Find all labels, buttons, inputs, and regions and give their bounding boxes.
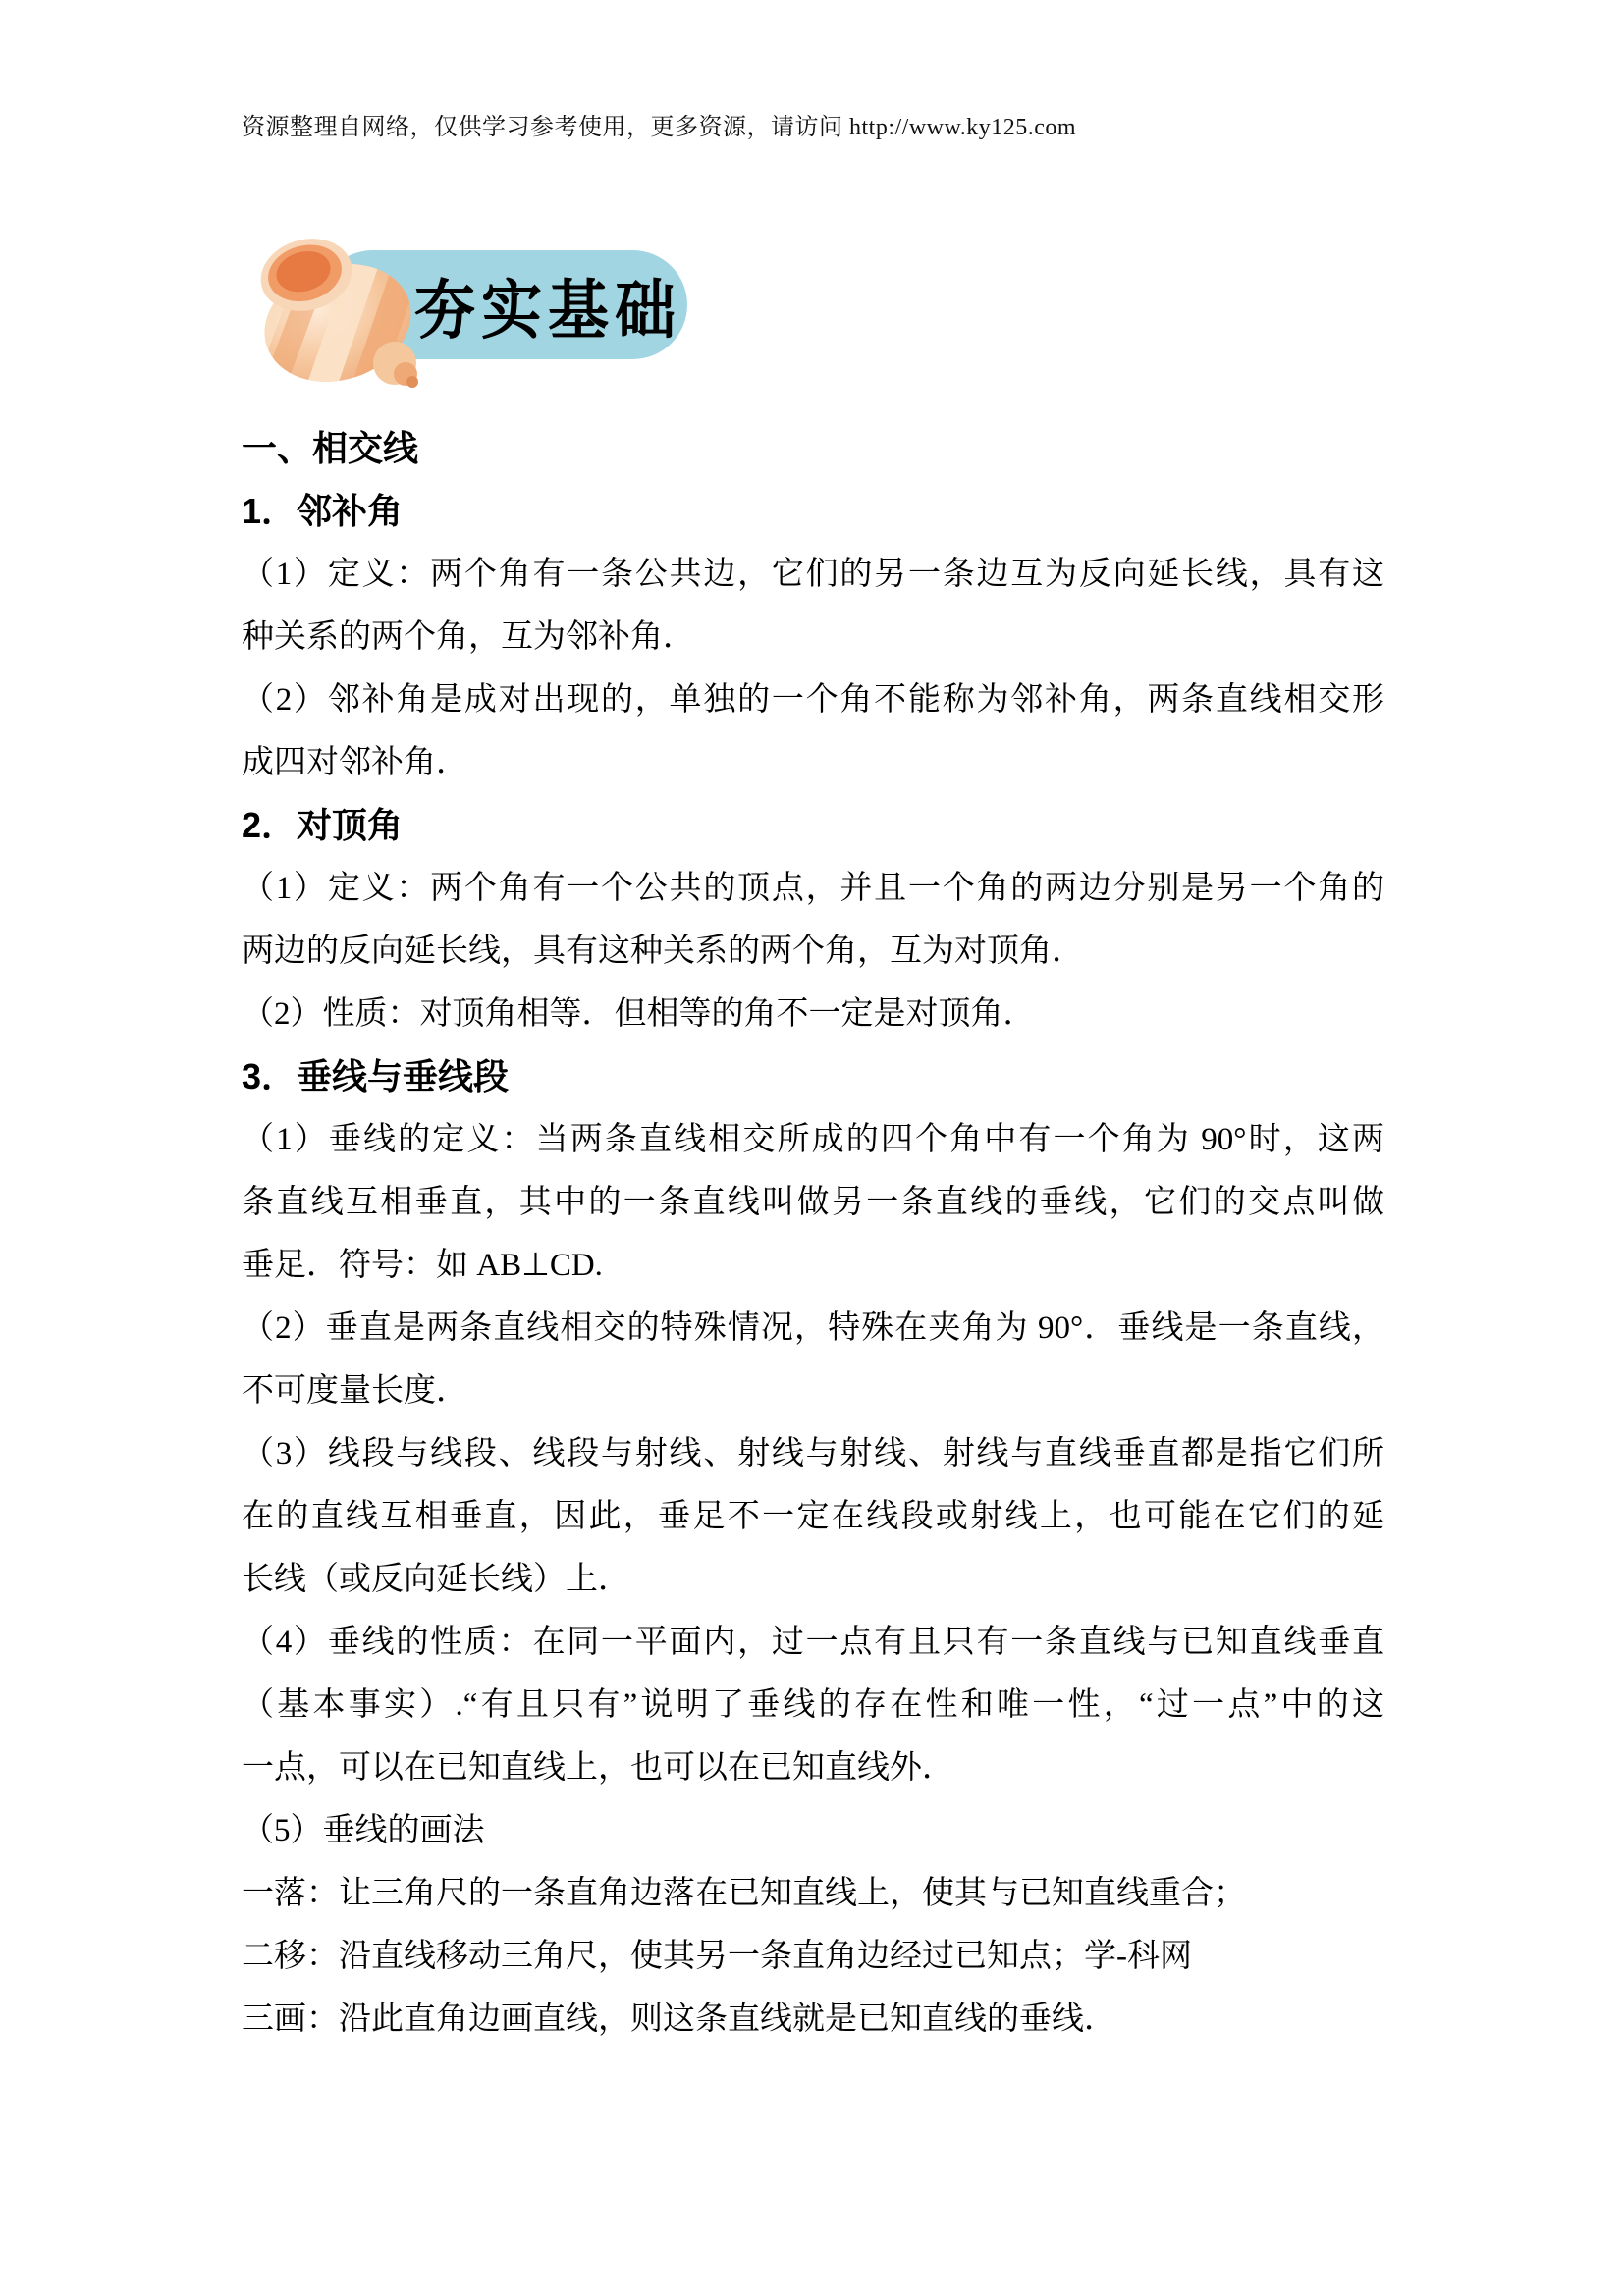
text-line: （2）邻补角是成对出现的，单独的一个角不能称为邻补角，两条直线相交形 <box>242 668 1384 731</box>
text-line: （2）性质：对顶角相等．但相等的角不一定是对顶角． <box>242 983 1384 1045</box>
text-line: （1）垂线的定义：当两条直线相交所成的四个角中有一个角为 90°时，这两 <box>242 1108 1384 1171</box>
section-heading: 3．垂线与垂线段 <box>242 1045 1384 1108</box>
text-line: （基本事实）.“有且只有”说明了垂线的存在性和唯一性，“过一点”中的这 <box>242 1674 1384 1736</box>
text-line: （4）垂线的性质：在同一平面内，过一点有且只有一条直线与已知直线垂直 <box>242 1611 1384 1674</box>
text-line: 一点，可以在已知直线上，也可以在已知直线外． <box>242 1736 1384 1799</box>
text-line: 不可度量长度． <box>242 1360 1384 1422</box>
section-badge: 夯实基础 <box>247 229 709 396</box>
text-line: （3）线段与线段、线段与射线、射线与射线、射线与直线垂直都是指它们所 <box>242 1422 1384 1485</box>
text-line: 二移：沿直线移动三角尺，使其另一条直角边经过已知点；学-科网 <box>242 1925 1384 1988</box>
section-heading: 一、相交线 <box>242 417 1384 480</box>
text-line: 在的直线互相垂直，因此，垂足不一定在线段或射线上，也可能在它们的延 <box>242 1485 1384 1548</box>
section-heading: 2．对顶角 <box>242 794 1384 857</box>
text-line: 成四对邻补角． <box>242 731 1384 794</box>
text-line: 三画：沿此直角边画直线，则这条直线就是已知直线的垂线． <box>242 1988 1384 2051</box>
text-line: 种关系的两个角，互为邻补角． <box>242 606 1384 668</box>
text-line: 两边的反向延长线，具有这种关系的两个角，互为对顶角． <box>242 920 1384 983</box>
document-page: 资源整理自网络，仅供学习参考使用，更多资源，请访问 http://www.ky1… <box>0 0 1624 2296</box>
text-line: （5）垂线的画法 <box>242 1799 1384 1862</box>
document-body: 一、相交线1．邻补角（1）定义：两个角有一条公共边，它们的另一条边互为反向延长线… <box>242 417 1384 2051</box>
badge-label: 夯实基础 <box>414 259 681 350</box>
section-heading: 1．邻补角 <box>242 480 1384 543</box>
text-line: 长线（或反向延长线）上． <box>242 1548 1384 1611</box>
text-line: 一落：让三角尺的一条直角边落在已知直线上，使其与已知直线重合； <box>242 1862 1384 1925</box>
text-line: （1）定义：两个角有一个公共的顶点，并且一个角的两边分别是另一个角的 <box>242 857 1384 920</box>
conch-shell-icon <box>247 229 419 394</box>
text-line: 垂足．符号：如 AB⊥CD. <box>242 1234 1384 1297</box>
text-line: （2）垂直是两条直线相交的特殊情况，特殊在夹角为 90°．垂线是一条直线， <box>242 1297 1384 1360</box>
text-line: （1）定义：两个角有一条公共边，它们的另一条边互为反向延长线，具有这 <box>242 543 1384 606</box>
source-notice: 资源整理自网络，仅供学习参考使用，更多资源，请访问 http://www.ky1… <box>242 110 1076 145</box>
text-line: 条直线互相垂直，其中的一条直线叫做另一条直线的垂线，它们的交点叫做 <box>242 1171 1384 1234</box>
